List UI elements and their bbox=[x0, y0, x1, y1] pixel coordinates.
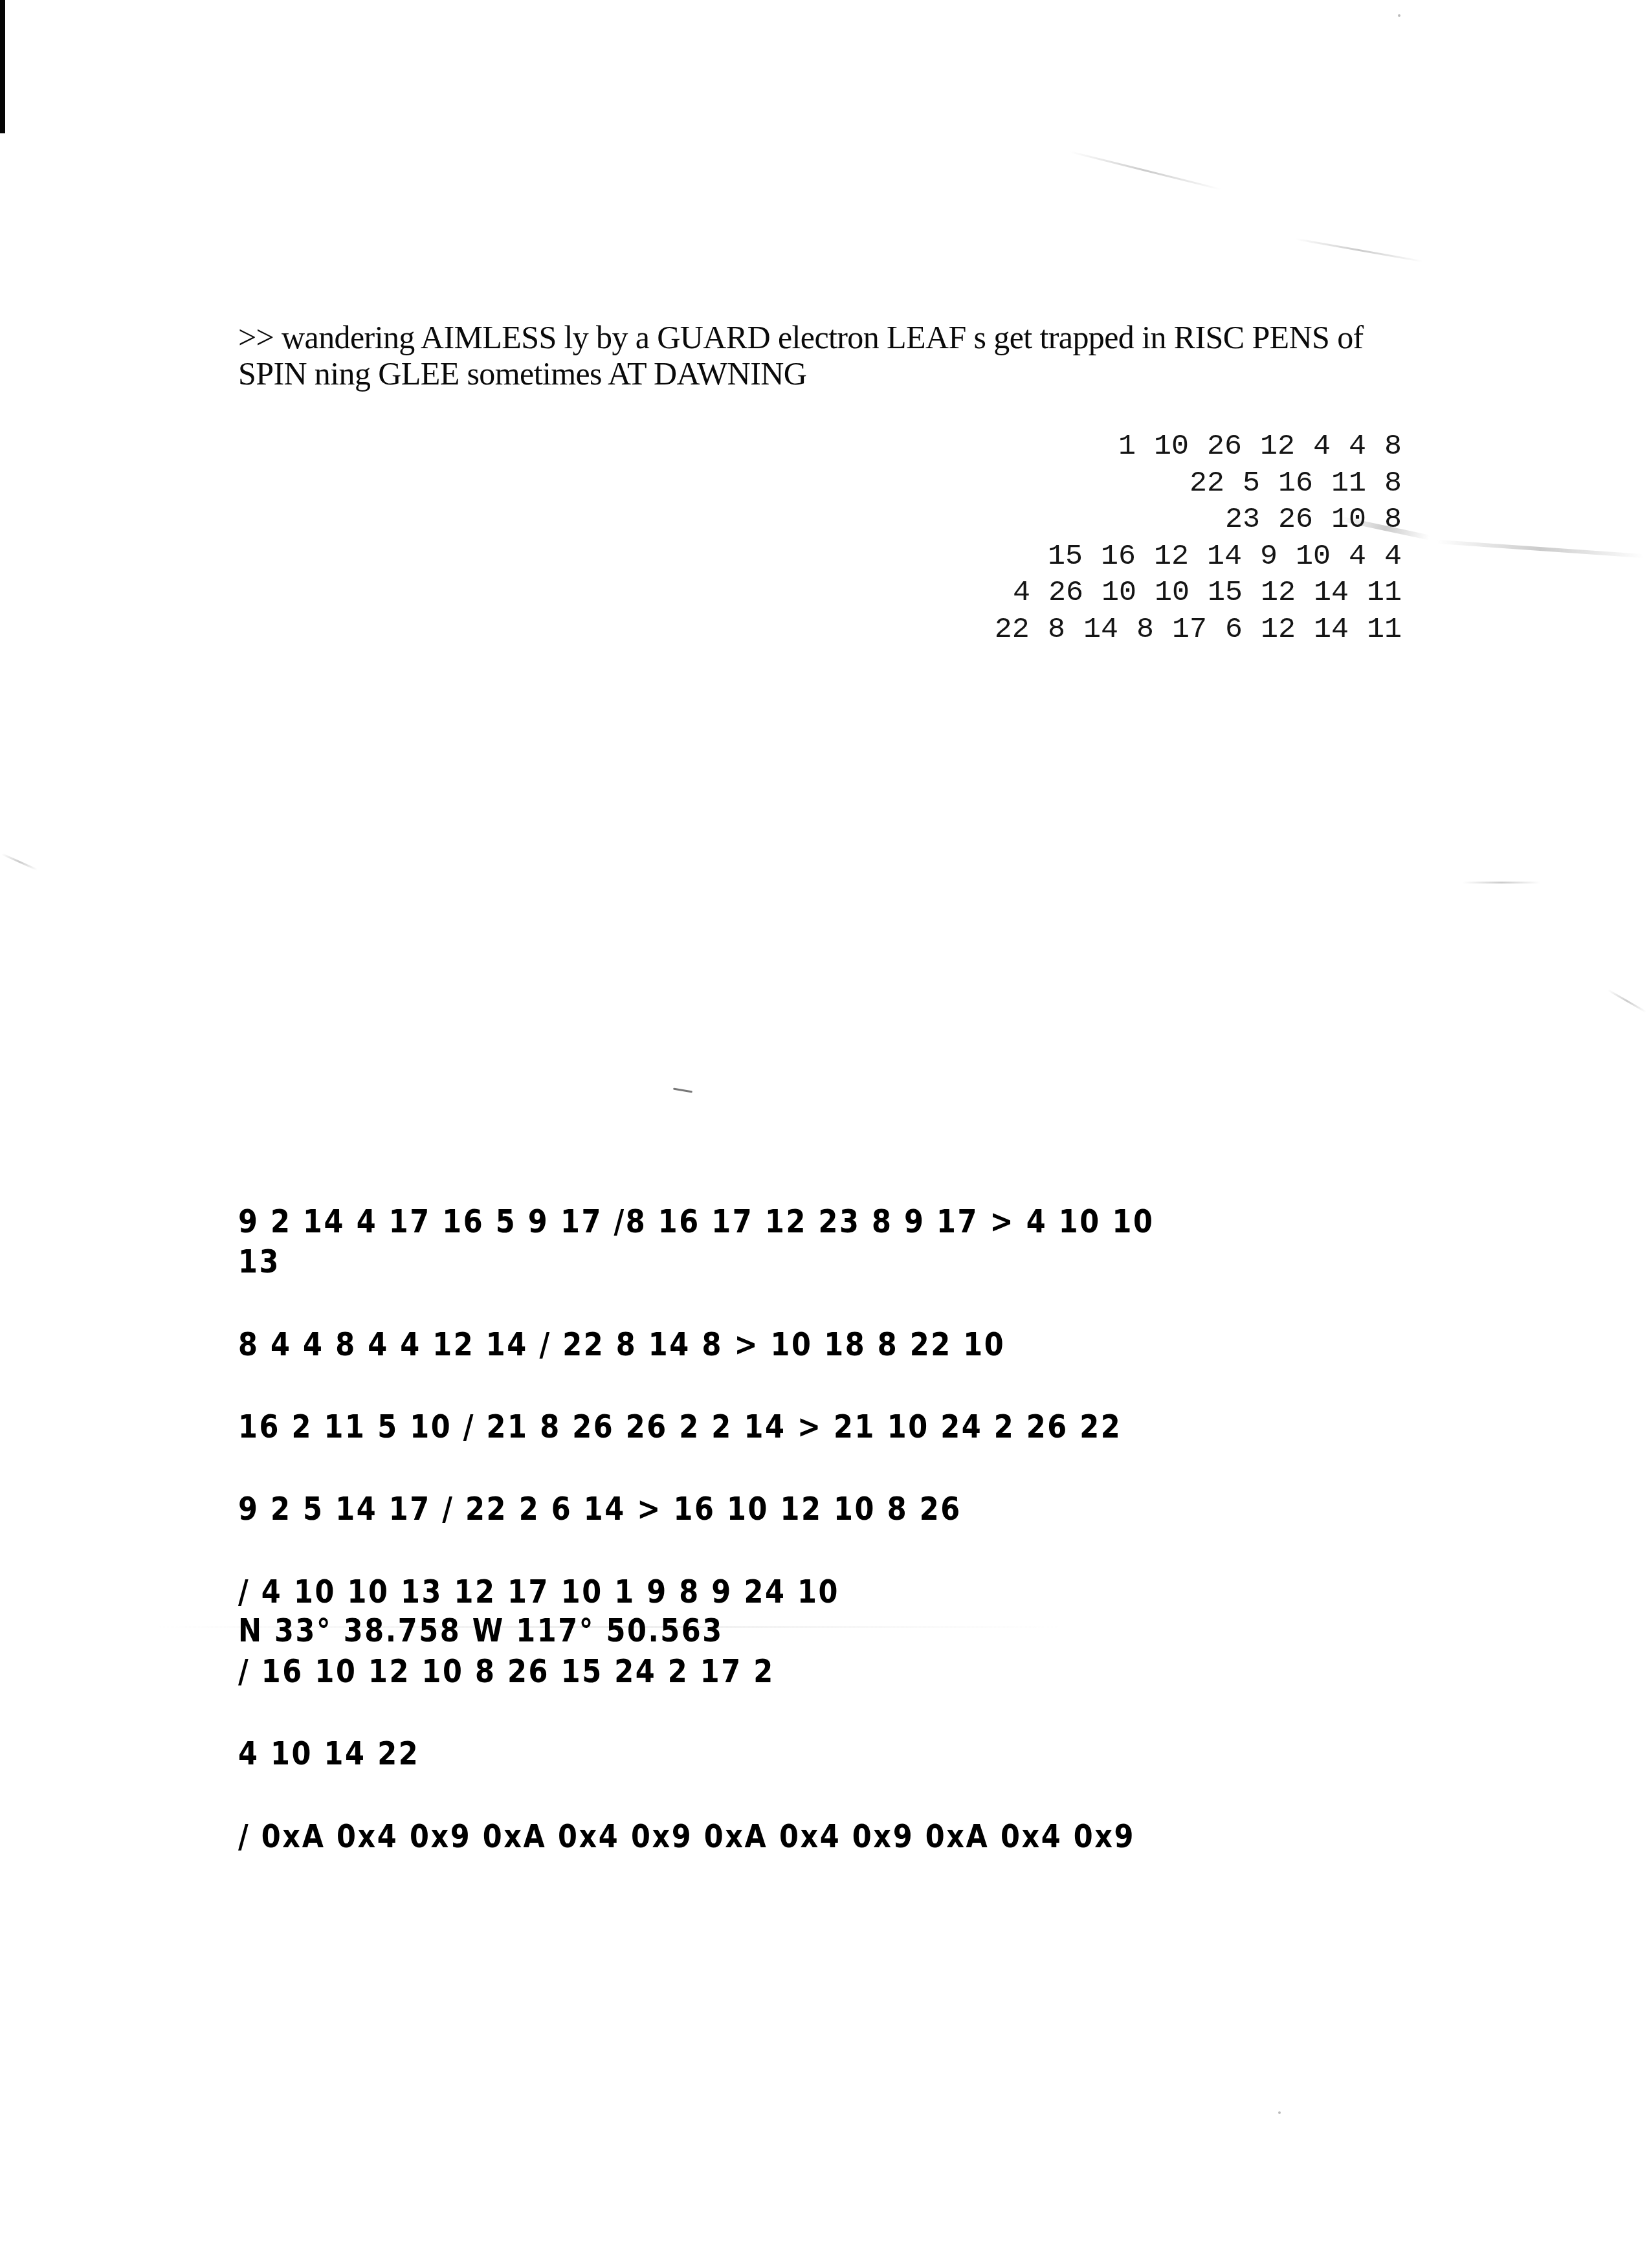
number-cell: 8 bbox=[1384, 502, 1402, 539]
number-cell: 4 bbox=[1013, 575, 1030, 612]
number-cell: 6 bbox=[1225, 612, 1243, 649]
stencil-line: 8 4 4 8 4 4 12 14 / 22 8 14 8 > 10 18 8 … bbox=[238, 1326, 1005, 1363]
stencil-line: / 4 10 10 13 12 17 10 1 9 8 9 24 10 bbox=[238, 1573, 839, 1610]
dust-speck bbox=[1278, 2111, 1281, 2114]
number-cell: 8 bbox=[1384, 428, 1402, 465]
number-cell: 14 bbox=[1314, 575, 1349, 612]
number-cell: 22 bbox=[1190, 465, 1224, 502]
stencil-line: 16 2 11 5 10 / 21 8 26 26 2 2 14 > 21 10… bbox=[238, 1408, 1122, 1445]
number-cell: 14 bbox=[1083, 612, 1118, 649]
number-cell: 4 bbox=[1384, 539, 1402, 575]
number-cell: 8 bbox=[1048, 612, 1065, 649]
number-cell: 8 bbox=[1384, 465, 1402, 502]
paper-crease bbox=[1295, 238, 1422, 263]
riddle-line: >> wandering AIMLESS ly by a GUARD elect… bbox=[238, 319, 1403, 355]
number-cell: 12 bbox=[1260, 428, 1295, 465]
paper-crease bbox=[1463, 882, 1540, 884]
number-cell: 8 bbox=[1136, 612, 1154, 649]
number-cell: 14 bbox=[1314, 612, 1349, 649]
number-row: 22516118 bbox=[995, 465, 1402, 502]
scanned-page: >> wandering AIMLESS ly by a GUARD elect… bbox=[0, 0, 1649, 2268]
paper-crease bbox=[1437, 540, 1644, 558]
number-cell: 12 bbox=[1154, 539, 1189, 575]
number-cell: 11 bbox=[1331, 465, 1366, 502]
number-cell: 10 bbox=[1296, 539, 1331, 575]
number-cell: 1 bbox=[1118, 428, 1136, 465]
paper-crease bbox=[673, 1087, 692, 1093]
number-cell: 26 bbox=[1207, 428, 1242, 465]
number-cell: 14 bbox=[1207, 539, 1242, 575]
number-cell: 22 bbox=[995, 612, 1030, 649]
number-cell: 17 bbox=[1172, 612, 1207, 649]
paper-crease bbox=[1070, 151, 1221, 190]
number-cell: 26 bbox=[1278, 502, 1313, 539]
number-row: 1516121491044 bbox=[995, 539, 1402, 575]
number-cell: 10 bbox=[1154, 428, 1189, 465]
paper-crease bbox=[1608, 989, 1646, 1013]
number-row: 2326108 bbox=[995, 502, 1402, 539]
number-cell: 16 bbox=[1278, 465, 1313, 502]
number-cell: 16 bbox=[1101, 539, 1136, 575]
number-cell: 26 bbox=[1048, 575, 1083, 612]
number-cell: 4 bbox=[1313, 428, 1331, 465]
hex-sequence-line: / 0xA 0x4 0x9 0xA 0x4 0x9 0xA 0x4 0x9 0x… bbox=[238, 1818, 1135, 1855]
number-cell: 15 bbox=[1048, 539, 1083, 575]
number-cell: 5 bbox=[1243, 465, 1260, 502]
number-row: 426101015121411 bbox=[995, 575, 1402, 612]
stencil-line: 9 2 5 14 17 / 22 2 6 14 > 16 10 12 10 8 … bbox=[238, 1490, 962, 1528]
number-cell: 15 bbox=[1208, 575, 1243, 612]
stencil-line: 4 10 14 22 bbox=[238, 1735, 419, 1772]
riddle-line: SPIN ning GLEE sometimes AT DAWNING bbox=[238, 355, 1403, 392]
number-cell: 23 bbox=[1225, 502, 1260, 539]
number-cell: 4 bbox=[1349, 539, 1366, 575]
number-cell: 9 bbox=[1260, 539, 1278, 575]
number-cell: 11 bbox=[1367, 612, 1402, 649]
number-cipher-block: 1102612448225161182326108151612149104442… bbox=[995, 428, 1402, 648]
number-cell: 10 bbox=[1101, 575, 1136, 612]
stencil-line: 9 2 14 4 17 16 5 9 17 /8 16 17 12 23 8 9… bbox=[238, 1203, 1154, 1240]
number-cell: 12 bbox=[1261, 612, 1296, 649]
number-row: 228148176121411 bbox=[995, 612, 1402, 649]
number-row: 1102612448 bbox=[995, 428, 1402, 465]
number-cell: 10 bbox=[1331, 502, 1366, 539]
riddle-paragraph: >> wandering AIMLESS ly by a GUARD elect… bbox=[238, 319, 1403, 392]
scan-edge-mark bbox=[0, 0, 5, 133]
gps-coordinates: N 33° 38.758 W 117° 50.563 bbox=[238, 1612, 724, 1649]
number-cell: 4 bbox=[1349, 428, 1366, 465]
number-cell: 11 bbox=[1367, 575, 1402, 612]
number-cell: 12 bbox=[1261, 575, 1296, 612]
dust-speck bbox=[1398, 14, 1400, 17]
paper-crease bbox=[1, 853, 38, 871]
number-cell: 10 bbox=[1155, 575, 1190, 612]
stencil-line: / 16 10 12 10 8 26 15 24 2 17 2 bbox=[238, 1652, 775, 1690]
stencil-line: 13 bbox=[238, 1243, 280, 1280]
